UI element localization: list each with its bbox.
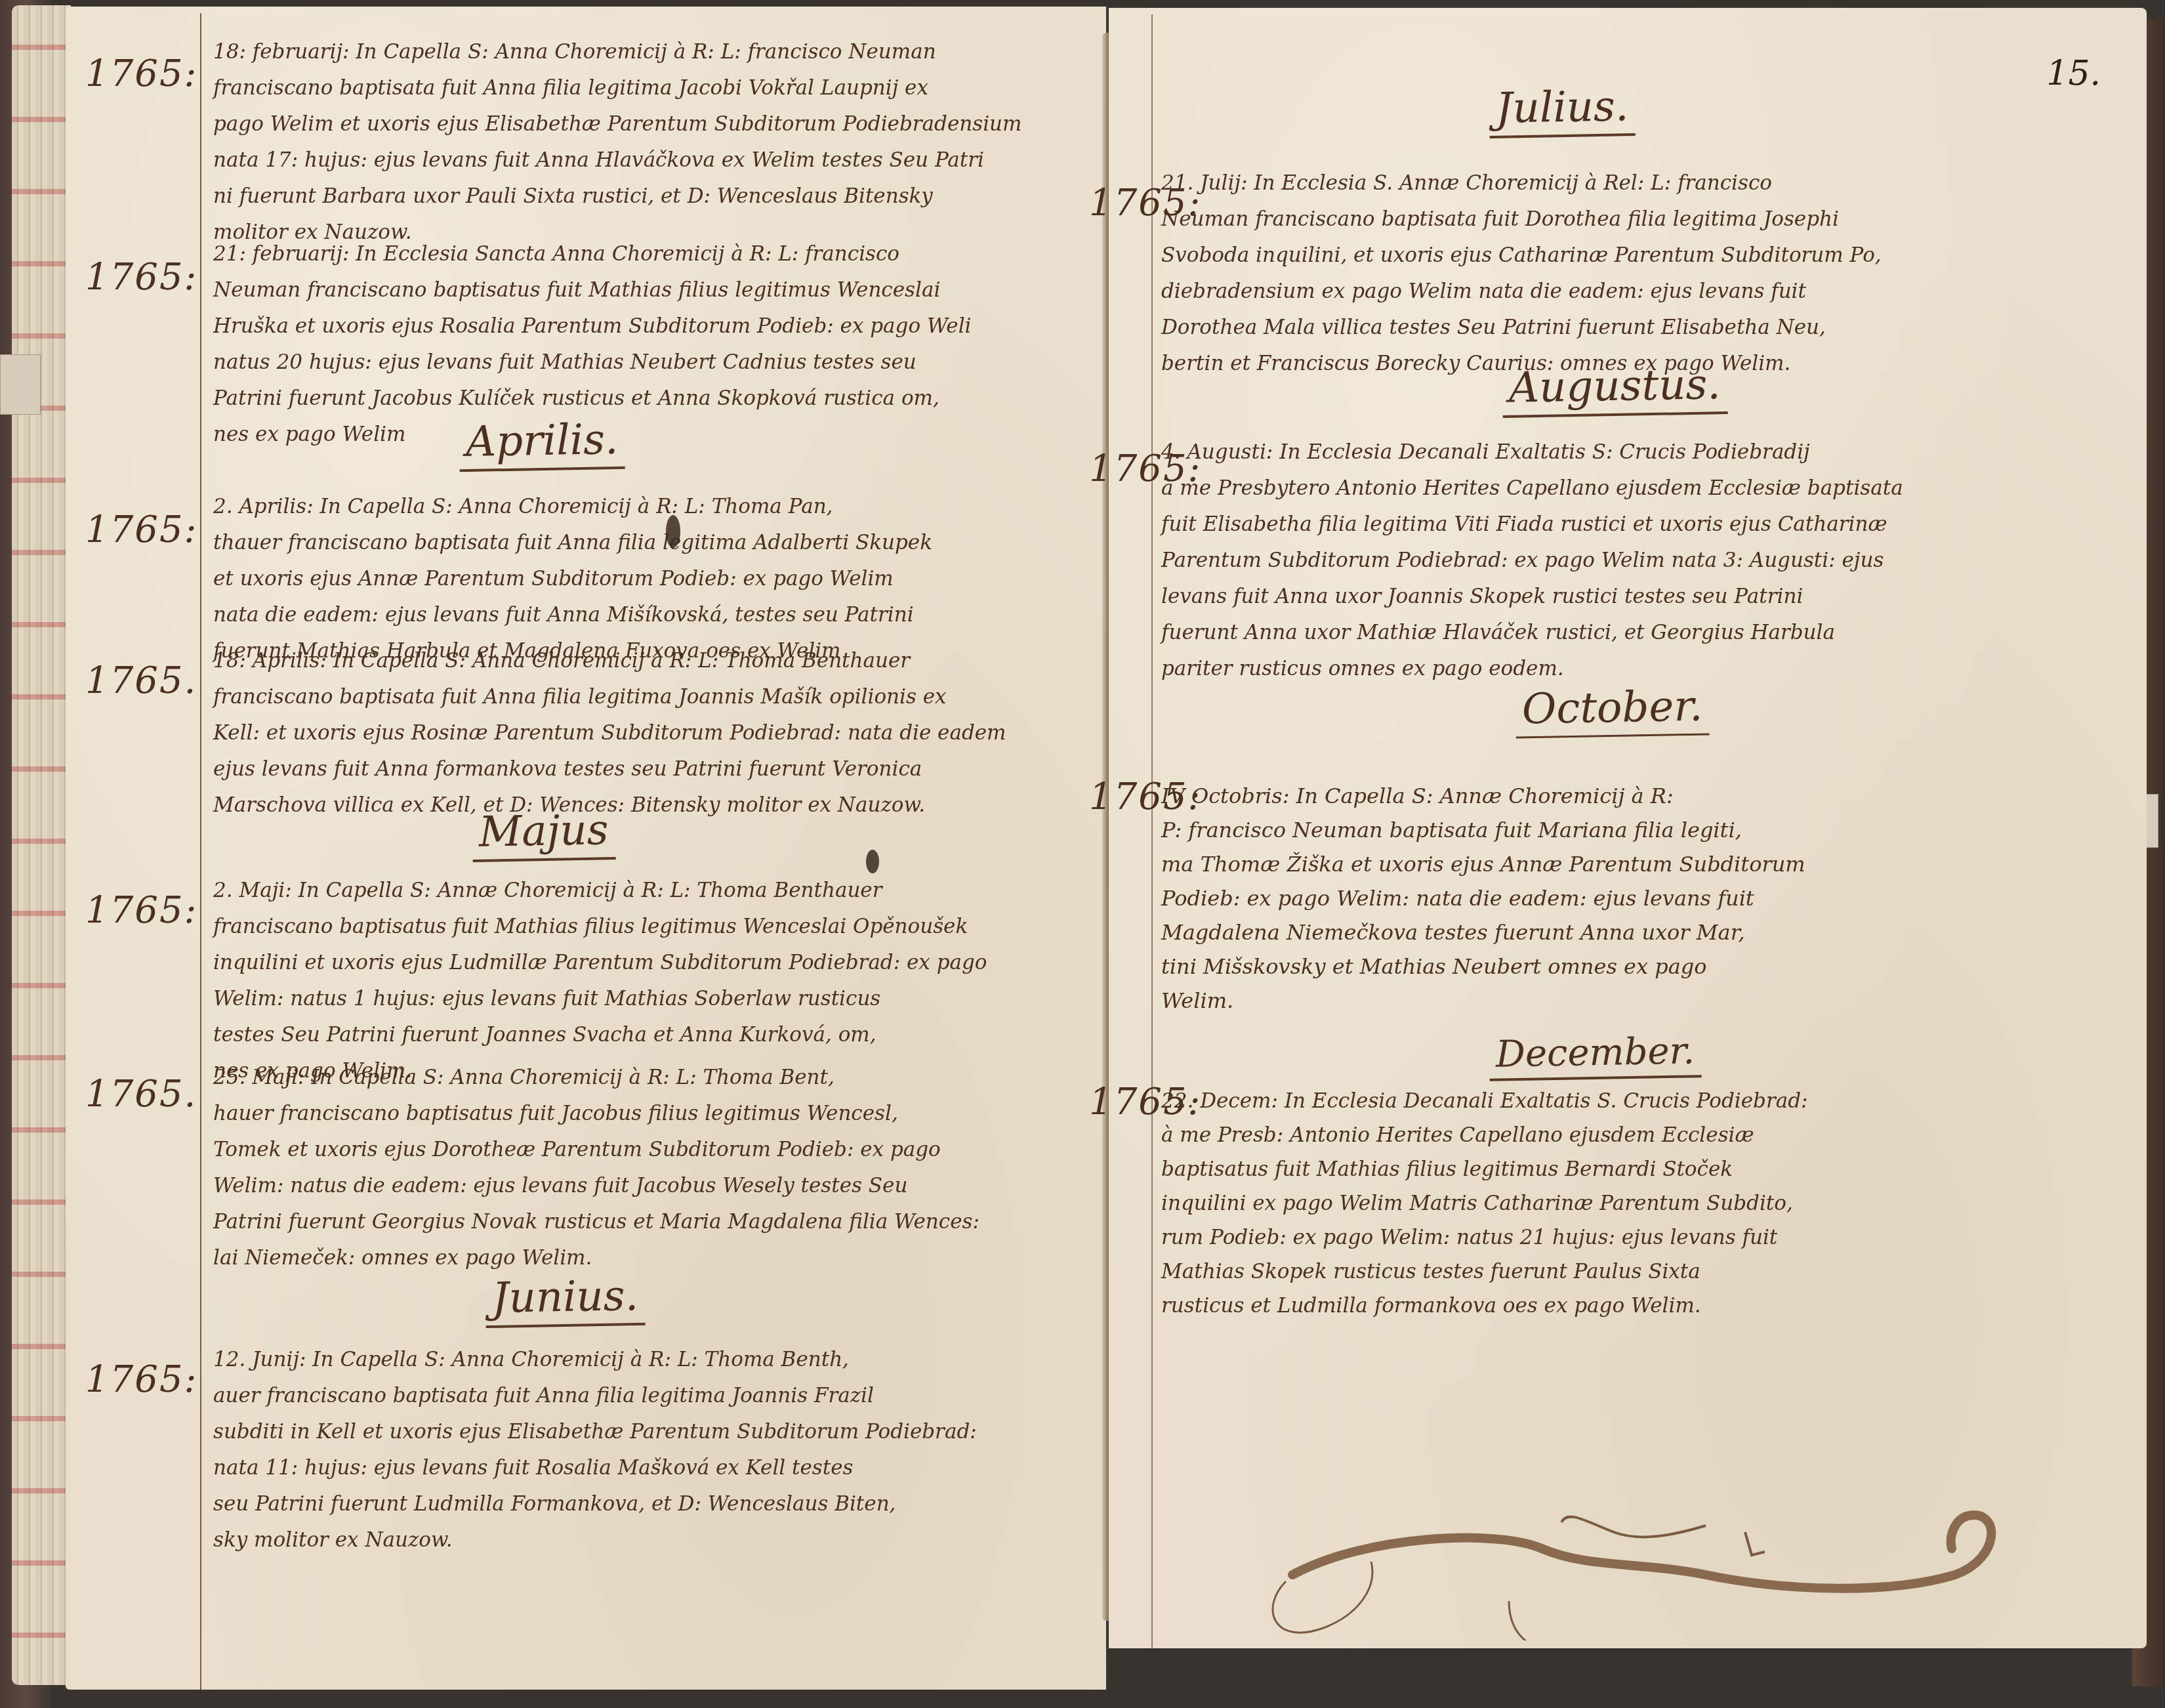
entry-line: 4. Augusti: In Ecclesia Decanali Exaltat… (1161, 434, 1903, 470)
ink-blot (666, 515, 680, 548)
entry-line: Neuman franciscano baptisatus fuit Mathi… (213, 272, 971, 308)
baptism-entry: 21. Julij: In Ecclesia S. Annæ Choremici… (1161, 165, 1882, 382)
entry-line: seu Patrini fuerunt Ludmilla Formankova,… (213, 1486, 977, 1522)
entry-line: ma Thomæ Žiška et uxoris ejus Annæ Paren… (1161, 847, 1805, 881)
entry-line: pariter rusticus omnes ex pago eodem. (1161, 651, 1903, 687)
entry-line: franciscano baptisata fuit Anna filia le… (213, 679, 1006, 715)
year-marker: 1765: (85, 889, 197, 932)
entry-line: et uxoris ejus Annæ Parentum Subditorum … (213, 561, 932, 597)
entry-line: 21. Julij: In Ecclesia S. Annæ Choremici… (1161, 165, 1882, 201)
entry-line: 18: Aprilis: In Capella S: Anna Choremic… (213, 643, 1006, 679)
entry-line: 25. Maji: In Capella S: Anna Choremicij … (213, 1060, 979, 1096)
year-marker: 1765. (85, 659, 197, 702)
entry-line: nata 11: hujus: ejus levans fuit Rosalia… (213, 1450, 977, 1486)
entry-line: fuerunt Anna uxor Mathiæ Hlaváček rustic… (1161, 615, 1903, 651)
entry-line: Patrini fuerunt Georgius Novak rusticus … (213, 1204, 979, 1240)
entry-line: fuit Elisabetha filia legitima Viti Fiad… (1161, 507, 1903, 543)
entry-line: thauer franciscano baptisata fuit Anna f… (213, 525, 932, 561)
entry-line: P: francisco Neuman baptisata fuit Maria… (1161, 813, 1805, 847)
baptism-entry: 12. Junij: In Capella S: Anna Choremicij… (213, 1342, 977, 1558)
month-heading-majus: Majus (472, 806, 615, 862)
right-page: 15. Julius. 1765: 21. Julij: In Ecclesia… (1109, 8, 2147, 1648)
entry-line: franciscano baptisata fuit Anna filia le… (213, 70, 1021, 106)
left-page: 1765: 18: februarij: In Capella S: Anna … (66, 7, 1106, 1690)
binding-clasp-left (0, 354, 41, 415)
month-heading-december: December. (1489, 1030, 1701, 1081)
entry-line: ejus levans fuit Anna formankova testes … (213, 751, 1006, 787)
baptism-entry: IV Octobris: In Capella S: Annæ Choremic… (1161, 779, 1805, 1018)
month-heading-october: October. (1515, 682, 1710, 738)
entry-line: IV Octobris: In Capella S: Annæ Choremic… (1161, 779, 1805, 813)
entry-line: 18: februarij: In Capella S: Anna Chorem… (213, 34, 1021, 70)
baptism-entry: 18: Aprilis: In Capella S: Anna Choremic… (213, 643, 1006, 823)
entry-line: 21: februarij: In Ecclesia Sancta Anna C… (213, 236, 971, 272)
entry-line: levans fuit Anna uxor Joannis Skopek rus… (1161, 579, 1903, 615)
entry-line: 12. Junij: In Capella S: Anna Choremicij… (213, 1342, 977, 1378)
year-marker: 1765: (85, 509, 197, 551)
entry-line: testes Seu Patrini fuerunt Joannes Svach… (213, 1017, 987, 1053)
baptism-entry: 25. Maji: In Capella S: Anna Choremicij … (213, 1060, 979, 1276)
entry-line: Welim: natus die eadem: ejus levans fuit… (213, 1168, 979, 1204)
entry-line: à me Presb: Antonio Herites Capellano ej… (1161, 1118, 1808, 1152)
month-heading-augustus: Augustus. (1502, 360, 1727, 418)
entry-line: natus 20 hujus: ejus levans fuit Mathias… (213, 344, 971, 381)
entry-line: 2. Aprilis: In Capella S: Anna Choremici… (213, 489, 932, 525)
entry-line: rusticus et Ludmilla formankova oes ex p… (1161, 1289, 1808, 1323)
page-edges-stack (12, 5, 71, 1685)
entry-line: subditi in Kell et uxoris ejus Elisabeth… (213, 1414, 977, 1450)
entry-line: Patrini fuerunt Jacobus Kulíček rusticus… (213, 381, 971, 417)
entry-line: Dorothea Mala villica testes Seu Patrini… (1161, 310, 1882, 346)
baptism-entry: 2. Maji: In Capella S: Annæ Choremicij à… (213, 873, 987, 1089)
entry-line: Parentum Subditorum Podiebrad: ex pago W… (1161, 543, 1903, 579)
year-marker: 1765. (85, 1073, 197, 1115)
baptism-entry: 4. Augusti: In Ecclesia Decanali Exaltat… (1161, 434, 1903, 687)
entry-line: à me Presbytero Antonio Herites Capellan… (1161, 470, 1903, 507)
baptism-entry: 18: februarij: In Capella S: Anna Chorem… (213, 34, 1021, 251)
entry-line: Magdalena Niemečkova testes fuerunt Anna… (1161, 915, 1805, 949)
month-heading-aprilis: Aprilis. (459, 415, 625, 472)
entry-line: nata die eadem: ejus levans fuit Anna Mi… (213, 597, 932, 633)
entry-line: Tomek et uxoris ejus Dorotheæ Parentum S… (213, 1132, 979, 1168)
margin-rule (200, 13, 201, 1690)
entry-line: ni fuerunt Barbara uxor Pauli Sixta rust… (213, 178, 1021, 215)
entry-line: diebradensium ex pago Welim nata die ead… (1161, 274, 1882, 310)
entry-line: sky molitor ex Nauzow. (213, 1522, 977, 1558)
entry-line: Kell: et uxoris ejus Rosinæ Parentum Sub… (213, 715, 1006, 751)
entry-line: Welim. (1161, 984, 1805, 1018)
entry-line: franciscano baptisatus fuit Mathias fili… (213, 909, 987, 945)
entry-line: auer franciscano baptisata fuit Anna fil… (213, 1378, 977, 1414)
entry-line: rum Podieb: ex pago Welim: natus 21 huju… (1161, 1220, 1808, 1255)
entry-line: Welim: natus 1 hujus: ejus levans fuit M… (213, 981, 987, 1017)
closing-flourish (1247, 1496, 2165, 1640)
entry-line: Podieb: ex pago Welim: nata die eadem: e… (1161, 881, 1805, 915)
entry-line: Hruška et uxoris ejus Rosalia Parentum S… (213, 308, 971, 344)
entry-line: hauer franciscano baptisatus fuit Jacobu… (213, 1096, 979, 1132)
entry-line: Mathias Skopek rusticus testes fuerunt P… (1161, 1255, 1808, 1289)
year-marker: 1765: (85, 52, 197, 95)
entry-line: 2. Maji: In Capella S: Annæ Choremicij à… (213, 873, 987, 909)
ink-blot (866, 850, 879, 873)
baptism-entry: 2. Aprilis: In Capella S: Anna Choremici… (213, 489, 932, 669)
entry-line: baptisatus fuit Mathias filius legitimus… (1161, 1152, 1808, 1186)
entry-line: 22. Decem: In Ecclesia Decanali Exaltati… (1161, 1084, 1808, 1118)
page-number: 15. (2046, 54, 2101, 93)
baptism-entry: 22. Decem: In Ecclesia Decanali Exaltati… (1161, 1084, 1808, 1323)
entry-line: lai Niemeček: omnes ex pago Welim. (213, 1240, 979, 1276)
entry-line: inquilini ex pago Welim Matris Catharinæ… (1161, 1186, 1808, 1220)
entry-line: pago Welim et uxoris ejus Elisabethæ Par… (213, 106, 1021, 142)
entry-line: tini Mišskovsky et Mathias Neubert omnes… (1161, 949, 1805, 984)
entry-line: inquilini et uxoris ejus Ludmillæ Parent… (213, 945, 987, 981)
month-heading-julius: Julius. (1489, 82, 1636, 138)
entry-line: nata 17: hujus: ejus levans fuit Anna Hl… (213, 142, 1021, 178)
year-marker: 1765: (85, 1358, 197, 1401)
margin-rule (1151, 14, 1153, 1648)
year-marker: 1765: (85, 256, 197, 299)
entry-line: Svoboda inquilini, et uxoris ejus Cathar… (1161, 238, 1882, 274)
month-heading-junius: Junius. (485, 1272, 645, 1328)
entry-line: Neuman franciscano baptisata fuit Doroth… (1161, 201, 1882, 238)
